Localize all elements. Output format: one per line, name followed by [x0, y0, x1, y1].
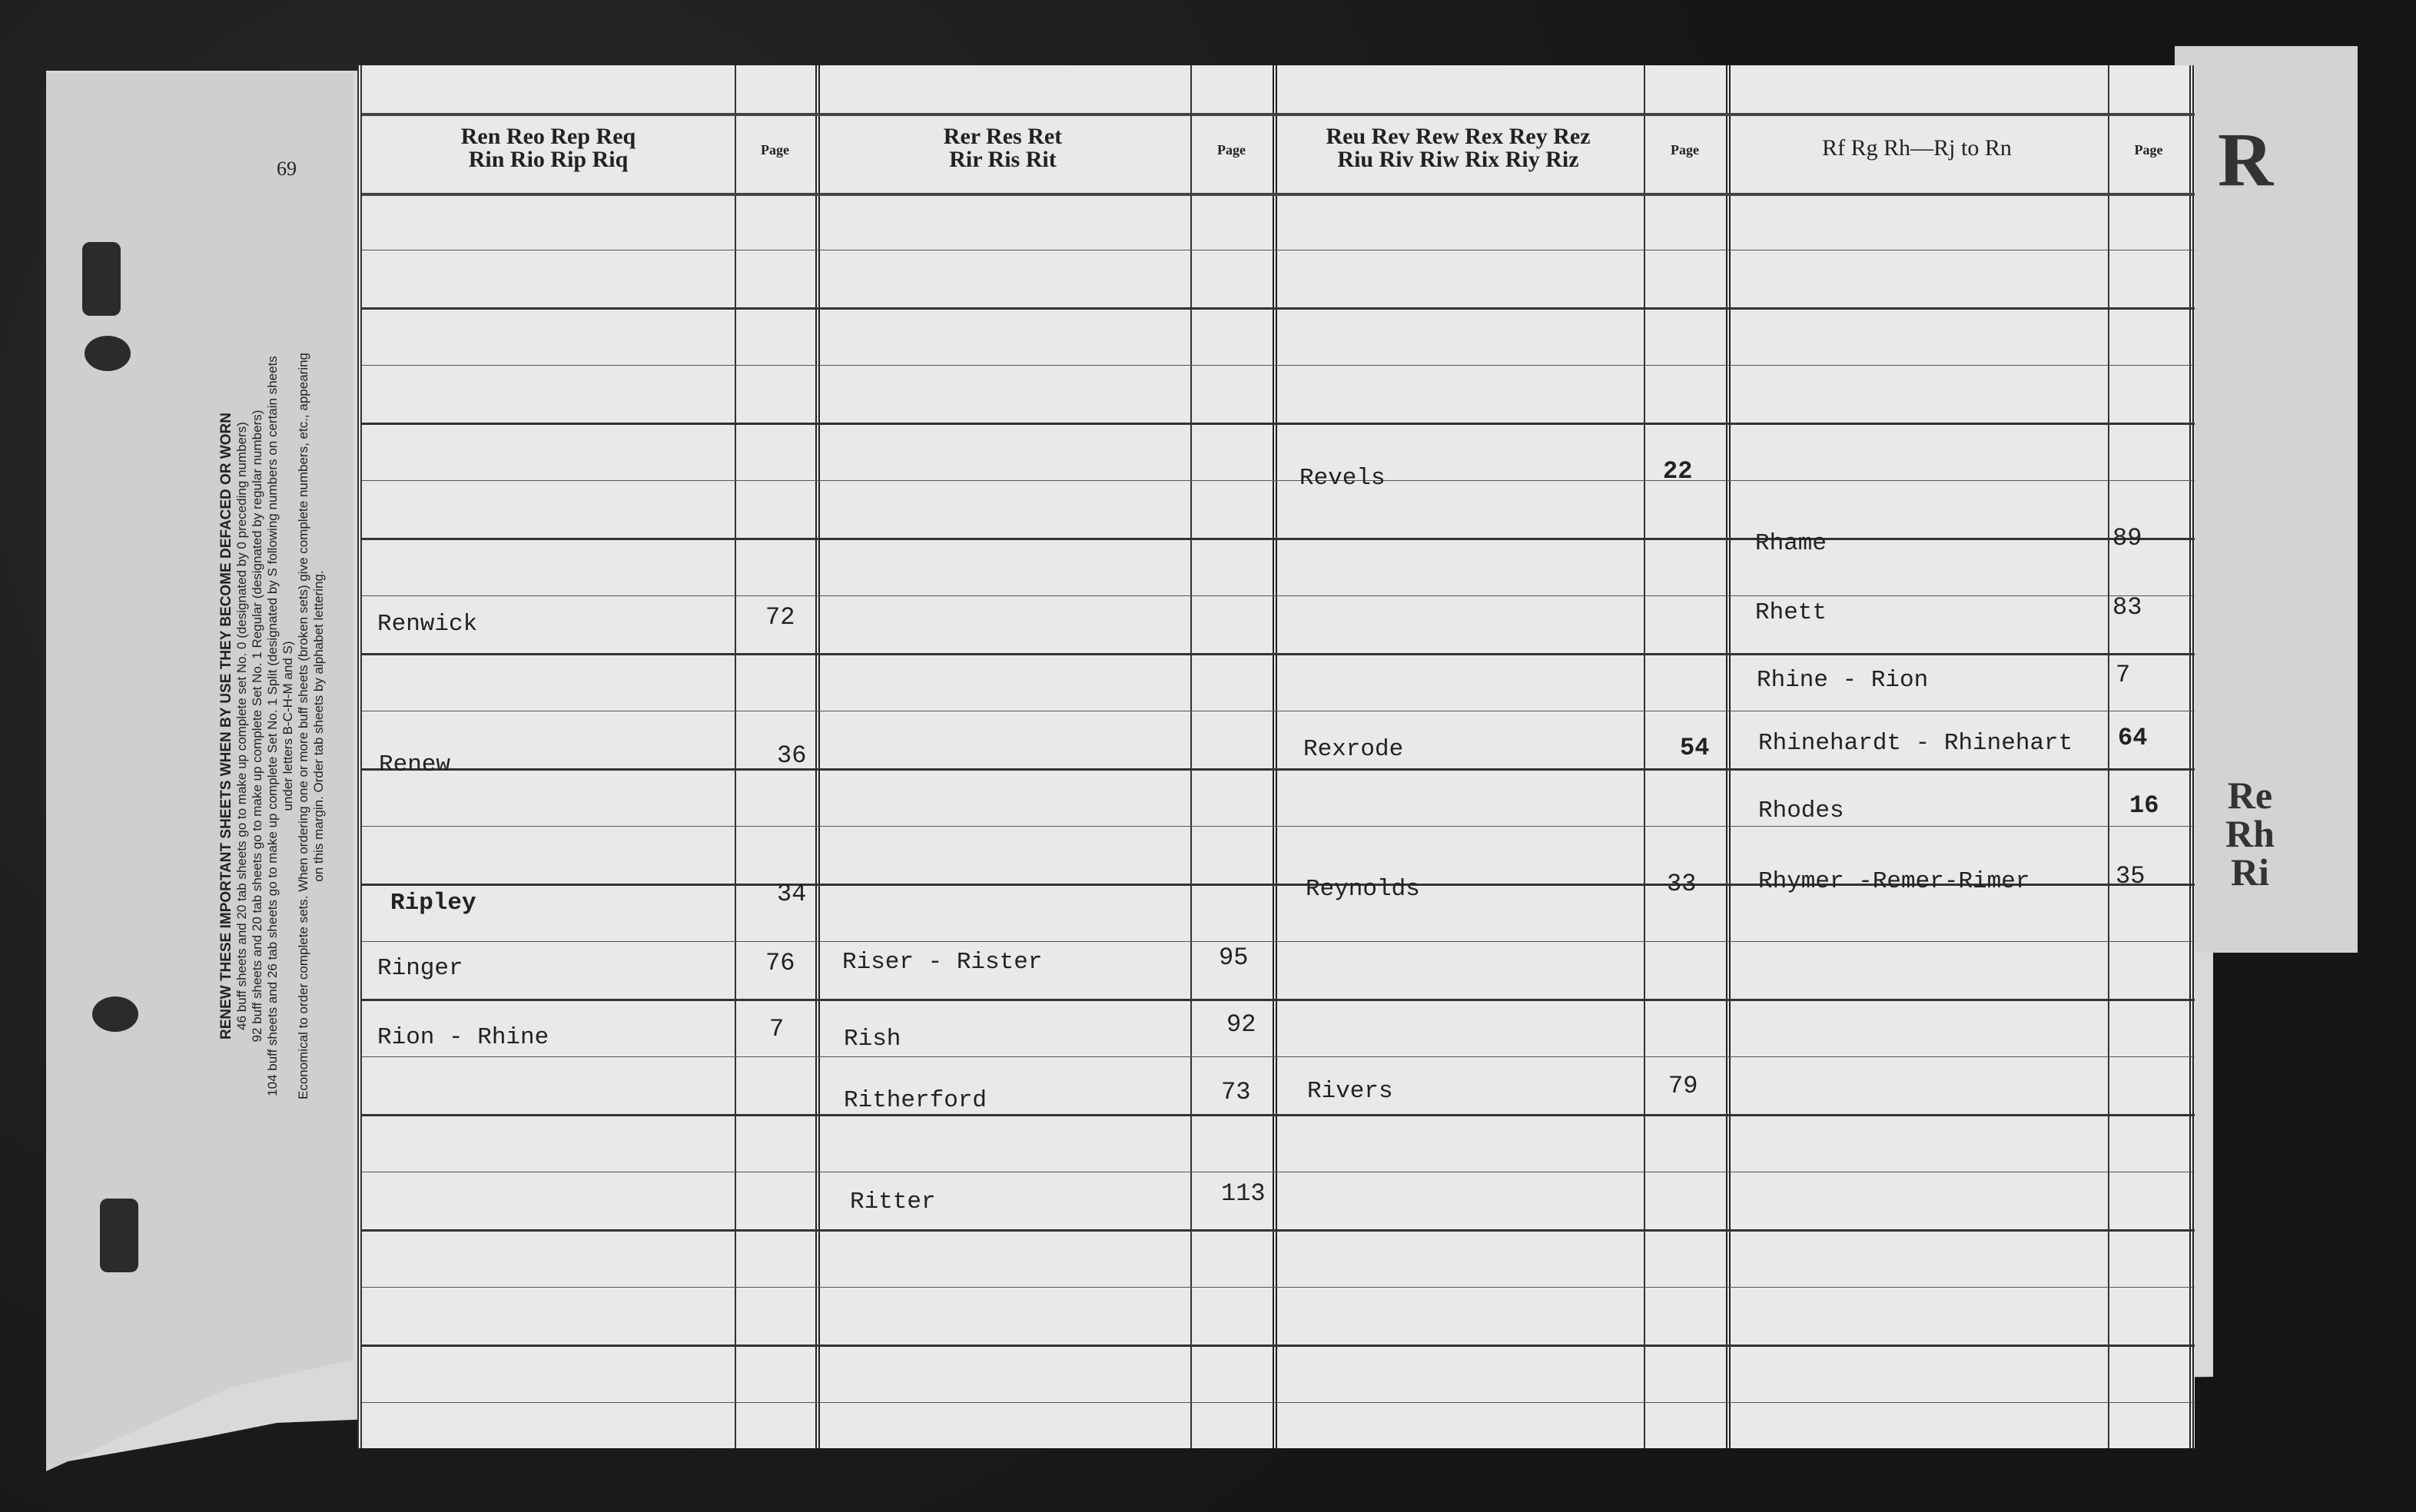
ruled-grid [362, 65, 2195, 1448]
column-header-1: Ren Reo Rep Req Rin Rio Rip Riq [362, 125, 735, 171]
header-line: Rer Res Ret [815, 125, 1190, 148]
margin-instructions: RENEW THESE IMPORTANT SHEETS WHEN BY USE… [219, 265, 327, 1187]
column-divider [362, 65, 2194, 1448]
instructions-line: under letters B-C-H-M and S) [280, 265, 296, 1187]
entry-name: Rish [844, 1026, 901, 1053]
entry-name: Rhett [1755, 599, 1827, 626]
rule-line [362, 1402, 2195, 1403]
instructions-line: Economical to order complete sets. When … [296, 265, 311, 1187]
tab-range-line: Rh [2225, 814, 2275, 853]
page-header: Page [1190, 142, 1273, 158]
entry-page: 95 [1219, 943, 1248, 972]
rule-line [362, 1345, 2195, 1347]
entry-page: 54 [1680, 734, 1709, 762]
entry-page: 72 [765, 603, 795, 632]
entry-name: Renwick [377, 611, 477, 638]
tab-letter: R [2218, 115, 2273, 204]
header-line: Rf Rg Rh—Rj to Rn [1726, 137, 2108, 160]
entry-name: Rion - Rhine [377, 1024, 549, 1051]
rule-line [362, 595, 2195, 596]
entry-page: 7 [769, 1015, 784, 1043]
sheet-number: 69 [277, 157, 297, 181]
entry-name: Rhinehardt - Rhinehart [1758, 730, 2073, 757]
rule-line [362, 1229, 2195, 1232]
instructions-line: 92 buff sheets and 20 tab sheets go to m… [250, 265, 265, 1187]
tab-range-line: Ri [2225, 853, 2275, 891]
rule-line [362, 538, 2195, 540]
entry-page: 16 [2129, 791, 2159, 820]
entry-name: Rhodes [1758, 797, 1844, 824]
rule-line [362, 768, 2195, 771]
page-header: Page [2108, 142, 2189, 158]
page-header: Page [1644, 142, 1726, 158]
rule-line [362, 653, 2195, 655]
rule-line [362, 480, 2195, 481]
entry-name: Ripley [390, 890, 476, 917]
page-header: Page [735, 142, 815, 158]
instructions-line: on this margin. Order tab sheets by alph… [311, 265, 327, 1187]
entry-page: 36 [777, 741, 806, 770]
entry-page: 33 [1667, 870, 1696, 898]
rule-line [362, 711, 2195, 711]
column-header-2: Rer Res Ret Rir Ris Rit [815, 125, 1190, 171]
entry-page: 83 [2112, 593, 2142, 622]
header-line: Ren Reo Rep Req [362, 125, 735, 148]
instructions-line: 46 buff sheets and 20 tab sheets go to m… [234, 265, 250, 1187]
tab-range: Re Rh Ri [2225, 776, 2275, 891]
entry-page: 92 [1226, 1010, 1256, 1039]
entry-name: Rhame [1755, 530, 1827, 557]
binder-hole-icon [100, 1199, 138, 1272]
entry-name: Rhine - Rion [1757, 667, 1928, 694]
binder-hole-icon [82, 242, 121, 316]
entry-page: 64 [2118, 724, 2147, 752]
rule-line [362, 826, 2195, 827]
rule-line [362, 423, 2195, 425]
rule-line [362, 1172, 2195, 1172]
entry-page: 34 [777, 880, 806, 908]
rule-line [362, 941, 2195, 942]
entry-page: 35 [2116, 862, 2145, 890]
rule-line [362, 365, 2195, 366]
entry-page: 73 [1221, 1078, 1250, 1106]
entry-name: Rhymer -Remer-Rimer [1758, 868, 2029, 895]
rule-line [362, 1056, 2195, 1057]
header-line: Rin Rio Rip Riq [362, 148, 735, 171]
entry-page: 89 [2112, 524, 2142, 552]
entry-name: Ritherford [844, 1087, 987, 1114]
rule-line [362, 250, 2195, 250]
entry-page: 7 [2116, 661, 2130, 689]
entry-name: Reynolds [1306, 876, 1420, 903]
entry-name: Renew [379, 751, 450, 778]
index-sheet: Ren Reo Rep Req Rin Rio Rip Riq Page Rer… [357, 65, 2195, 1448]
entry-name: Ritter [850, 1189, 936, 1215]
rule-line [362, 307, 2195, 310]
binder-hole-icon [85, 336, 131, 371]
instructions-title: RENEW THESE IMPORTANT SHEETS WHEN BY USE… [219, 265, 234, 1187]
entry-name: Riser - Rister [842, 949, 1042, 976]
header-line: Riu Riv Riw Rix Riy Riz [1273, 148, 1644, 171]
entry-name: Rivers [1307, 1078, 1393, 1105]
entry-name: Revels [1299, 465, 1386, 492]
entry-name: Rexrode [1303, 736, 1403, 763]
entry-name: Ringer [377, 955, 463, 982]
header-line: Rir Ris Rit [815, 148, 1190, 171]
entry-page: 113 [1221, 1179, 1266, 1208]
rule-line [362, 1114, 2195, 1116]
instructions-line: 104 buff sheets and 26 tab sheets go to … [265, 265, 280, 1187]
rule-line [362, 1287, 2195, 1288]
rule-line [362, 999, 2195, 1001]
entry-page: 22 [1663, 457, 1692, 486]
column-header-3: Reu Rev Rew Rex Rey Rez Riu Riv Riw Rix … [1273, 125, 1644, 171]
entry-page: 76 [765, 949, 795, 977]
column-header-4: Rf Rg Rh—Rj to Rn [1726, 137, 2108, 160]
entry-page: 79 [1668, 1072, 1698, 1100]
binder-hole-icon [92, 996, 138, 1032]
header-line: Reu Rev Rew Rex Rey Rez [1273, 125, 1644, 148]
tab-range-line: Re [2225, 776, 2275, 814]
